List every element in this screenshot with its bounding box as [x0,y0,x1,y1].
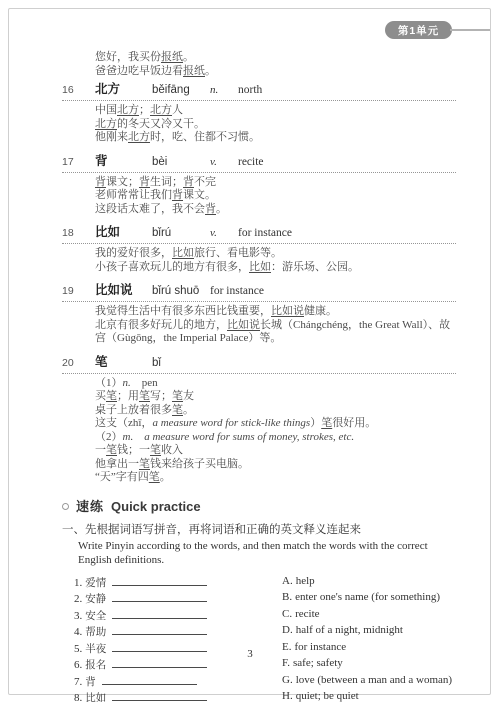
item-word: 背 [85,674,96,689]
entry-example-sentences: 我的爱好很多，比如旅行、看电影等。小孩子喜欢玩儿的地方有很多，比如：游乐场、公园… [62,244,456,279]
vocab-entry: 19 比如说 bǐrú shuō for instance 我觉得生活中有很多东… [62,283,456,351]
definition-letter: D. [282,624,293,636]
example-sentence: 买笔；用笔写；笔友 [95,390,456,404]
item-number: 4. [74,626,82,638]
example-sentence: 北京有很多好玩儿的地方，比如说长城（Chángchéng，the Great W… [95,319,456,346]
exercise-item-row: 8. 比如 [74,690,269,702]
pinyin-answer-blank [112,576,207,586]
page-number: 3 [0,648,500,660]
vocabulary-entries: 16 北方 běifāng n. north 中国北方；北方人北方的冬天又冷又干… [62,82,456,490]
example-sentence: 他刚来北方时，吃、住都不习惯。 [95,131,456,145]
definition-row: A. help [282,575,452,592]
entry-part-of-speech: v. [210,226,238,240]
definition-letter: A. [282,575,293,587]
definition-text: help [296,575,315,587]
exercise-item-row: 1. 爱情 [74,575,269,592]
definition-letter: C. [282,608,292,620]
example-sentence: 这段话太难了，我不会背。 [95,203,456,217]
matching-exercise: 1. 爱情 2. 安静 3. 安全 4. 帮助 5. 半夜 6. 报名 7. 背… [74,575,456,702]
entry-example-sentences: 背课文；背生词；背不完老师常常让我们背课文。这段话太难了，我不会背。 [62,173,456,222]
vocab-entry-headline: 17 背 bèi v. recite [62,154,456,173]
entry-pinyin: běifāng [152,83,210,97]
definition-row: H. quiet; be quiet [282,690,452,702]
item-number: 1. [74,577,82,589]
definition-row: D. half of a night, midnight [282,624,452,641]
entry-headword: 比如说 [95,283,152,297]
pinyin-answer-blank [112,609,207,619]
item-word: 爱情 [85,575,106,590]
entry-example-sentences: 我觉得生活中有很多东西比钱重要，比如说健康。北京有很多好玩儿的地方，比如说长城（… [62,302,456,351]
entry-meaning: recite [238,155,264,169]
item-number: 6. [74,659,82,671]
definition-row: B. enter one's name (for something) [282,591,452,608]
pinyin-answer-blank [112,592,207,602]
entry-headword: 比如 [95,225,152,239]
exercise-definition-list: A. help B. enter one's name (for somethi… [282,575,452,702]
example-sentence: 爸爸边吃早饭边看报纸。 [95,64,456,78]
example-sentence: 小孩子喜欢玩儿的地方有很多，比如：游乐场、公园。 [95,261,456,275]
definition-letter: B. [282,591,292,603]
entry-example-sentences: （1）n. pen买笔；用笔写；笔友桌子上放着很多笔。这支（zhī，a meas… [62,374,456,490]
entry-headword: 笔 [95,355,152,369]
unit-tab-line-decoration [450,29,490,31]
item-number: 8. [74,692,82,702]
quick-practice-label-en: Quick practice [111,498,201,516]
unit-tab-label: 第1单元 [398,23,439,38]
vocab-entry: 18 比如 bǐrú v. for instance 我的爱好很多，比如旅行、看… [62,225,456,279]
exercise-item-row: 2. 安静 [74,591,269,608]
entry-part-of-speech: n. [210,83,238,97]
example-sentence: 我觉得生活中有很多东西比钱重要，比如说健康。 [95,305,456,319]
vocab-entry-headline: 20 笔 bǐ [62,355,456,374]
definition-letter: G. [282,674,293,686]
entry-headword: 背 [95,154,152,168]
quick-practice-header: 速练 Quick practice [62,498,456,516]
item-word: 安静 [85,591,106,606]
entry-headword: 北方 [95,82,152,96]
item-word: 帮助 [85,624,106,639]
vocab-entry-headline: 16 北方 běifāng n. north [62,82,456,101]
entry-number: 17 [62,155,95,169]
entry-number: 20 [62,356,95,370]
entry-meaning: for instance [210,284,264,298]
example-sentence: 这支（zhī，a measure word for stick-like thi… [95,417,456,431]
definition-row: G. love (between a man and a woman) [282,674,452,691]
definition-text: love (between a man and a woman) [296,674,452,686]
item-number: 2. [74,593,82,605]
entry-meaning: for instance [238,226,292,240]
pinyin-answer-blank [112,691,207,701]
entry-pinyin: bǐrú shuō [152,284,210,298]
quick-practice-label-zh: 速练 [76,498,104,516]
definition-text: enter one's name (for something) [295,591,440,603]
example-sentence: 我的爱好很多，比如旅行、看电影等。 [95,247,456,261]
exercise-item-row: 3. 安全 [74,608,269,625]
example-sentence: 北方的冬天又冷又干。 [95,118,456,132]
intro-example-sentences: 您好，我买份报纸。爸爸边吃早饭边看报纸。 [95,50,456,78]
entry-number: 19 [62,284,95,298]
vocab-entry: 16 北方 běifāng n. north 中国北方；北方人北方的冬天又冷又干… [62,82,456,150]
example-sentence: （2）m. a measure word for sums of money, … [95,431,456,445]
exercise-item-row: 4. 帮助 [74,624,269,641]
definition-row: C. recite [282,608,452,625]
example-sentence: 桌子上放着很多笔。 [95,404,456,418]
definition-text: recite [295,608,319,620]
entry-number: 16 [62,83,95,97]
item-number: 7. [74,676,82,688]
entry-part-of-speech: v. [210,155,238,169]
textbook-page: 第1单元 您好，我买份报纸。爸爸边吃早饭边看报纸。 16 北方 běifāng … [0,0,500,702]
exercise-word-list: 1. 爱情 2. 安静 3. 安全 4. 帮助 5. 半夜 6. 报名 7. 背… [74,575,269,702]
item-number: 3. [74,610,82,622]
example-sentence: 一笔钱；一笔收入 [95,444,456,458]
entry-meaning: north [238,83,262,97]
unit-tab-badge: 第1单元 [385,21,452,39]
exercise-instruction-en: Write Pinyin according to the words, and… [78,539,456,567]
example-sentence: 您好，我买份报纸。 [95,50,456,64]
item-word: 比如 [85,690,106,702]
page-content: 您好，我买份报纸。爸爸边吃早饭边看报纸。 16 北方 běifāng n. no… [62,50,456,702]
pinyin-answer-blank [112,625,207,635]
vocab-entry: 20 笔 bǐ （1）n. pen买笔；用笔写；笔友桌子上放着很多笔。这支（zh… [62,355,456,490]
definition-letter: H. [282,690,293,702]
pinyin-answer-blank [102,675,197,685]
definition-text: half of a night, midnight [296,624,403,636]
item-word: 安全 [85,608,106,623]
definition-text: quiet; be quiet [296,690,359,702]
example-sentence: （1）n. pen [95,377,456,391]
exercise-instruction-zh: 一、先根据词语写拼音，再将词语和正确的英文释义连起来 [62,523,456,538]
vocab-entry: 17 背 bèi v. recite 背课文；背生词；背不完老师常常让我们背课文… [62,154,456,222]
entry-pinyin: bǐ [152,356,210,370]
entry-pinyin: bǐrú [152,226,210,240]
entry-example-sentences: 中国北方；北方人北方的冬天又冷又干。他刚来北方时，吃、住都不习惯。 [62,101,456,150]
example-sentence: 中国北方；北方人 [95,104,456,118]
circle-bullet-icon [62,503,69,510]
example-sentence: 背课文；背生词；背不完 [95,176,456,190]
entry-pinyin: bèi [152,155,210,169]
example-sentence: 老师常常让我们背课文。 [95,189,456,203]
vocab-entry-headline: 19 比如说 bǐrú shuō for instance [62,283,456,302]
entry-number: 18 [62,226,95,240]
vocab-entry-headline: 18 比如 bǐrú v. for instance [62,225,456,244]
exercise-item-row: 7. 背 [74,674,269,691]
example-sentence: “天”字有四笔。 [95,471,456,485]
example-sentence: 他拿出一笔钱来给孩子买电脑。 [95,458,456,472]
